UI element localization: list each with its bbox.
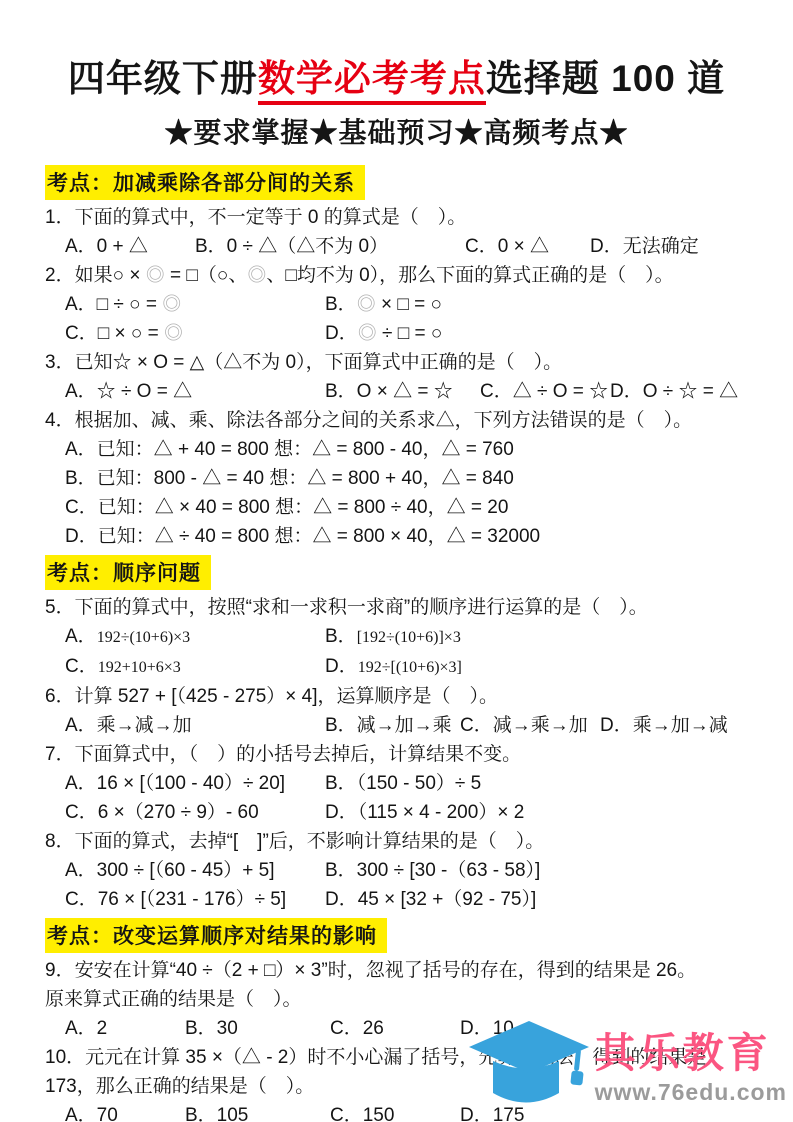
- question-6-stem: 6．计算 527 + [（425 - 275）× 4]，运算顺序是（ ）。: [45, 682, 757, 711]
- section-1-heading: 考点：加减乘除各部分间的关系: [45, 165, 365, 200]
- logo-text: 其乐教育 www.76edu.com: [595, 1031, 787, 1105]
- option: B．0 ÷ △（△不为 0）: [195, 232, 465, 261]
- option: B．◎ × □ = ○: [325, 290, 442, 319]
- option: D．已知：△ ÷ 40 = 800 想：△ = 800 × 40，△ = 320…: [65, 522, 540, 551]
- question-7-options-row-2: C．6 ×（270 ÷ 9）- 60 D．（115 × 4 - 200）× 2: [45, 798, 757, 827]
- page-subtitle: ★要求掌握★基础预习★高频考点★: [0, 111, 793, 151]
- option: D．O ÷ ☆ = △: [610, 377, 738, 406]
- logo-brand-name: 其乐教育: [595, 1031, 771, 1076]
- question-7-options-row-1: A．16 × [（100 - 40）÷ 20] B．（150 - 50）÷ 5: [45, 769, 757, 798]
- section-1: 考点：加减乘除各部分间的关系 1．下面的算式中，不一定等于 0 的算式是（ ）。…: [45, 161, 757, 551]
- option: A．已知：△ + 40 = 800 想：△ = 800 - 40，△ = 760: [65, 435, 514, 464]
- question-4-stem: 4．根据加、减、乘、除法各部分之间的关系求△，下列方法错误的是（ ）。: [45, 406, 757, 435]
- page-title: 四年级下册数学必考考点选择题 100 道: [0, 48, 793, 102]
- option: B．已知：800 - △ = 40 想：△ = 800 + 40，△ = 840: [65, 464, 514, 493]
- question-8-options-row-1: A．300 ÷ [（60 - 45）+ 5] B．300 ÷ [30 -（63 …: [45, 856, 757, 885]
- option: C．6 ×（270 ÷ 9）- 60: [65, 798, 325, 827]
- option: D．192÷[(10+6)×3]: [325, 652, 462, 682]
- option: A．16 × [（100 - 40）÷ 20]: [65, 769, 325, 798]
- option: B．[192÷(10+6)]×3: [325, 622, 461, 652]
- option: B．（150 - 50）÷ 5: [325, 769, 481, 798]
- option: C．76 × [（231 - 176）÷ 5]: [65, 885, 325, 914]
- question-7-stem: 7．下面算式中，（ ）的小括号去掉后，计算结果不变。: [45, 740, 757, 769]
- option: B．300 ÷ [30 -（63 - 58）]: [325, 856, 540, 885]
- question-2-stem: 2．如果○ × ◎ = □（○、◎、□均不为 0），那么下面的算式正确的是（ ）…: [45, 261, 757, 290]
- question-3-options: A．☆ ÷ O = △ B．O × △ = ☆ C．△ ÷ O = ☆ D．O …: [45, 377, 757, 406]
- question-8-options-row-2: C．76 × [（231 - 176）÷ 5] D．45 × [32 +（92 …: [45, 885, 757, 914]
- option-expression: 192+10+6×3: [98, 659, 181, 676]
- option: C．0 × △: [465, 232, 590, 261]
- option-expression: [192÷(10+6)]×3: [357, 629, 461, 646]
- option: C．△ ÷ O = ☆: [480, 377, 610, 406]
- option: A．300 ÷ [（60 - 45）+ 5]: [65, 856, 325, 885]
- question-5-options-row-1: A．192÷(10+6)×3 B．[192÷(10+6)]×3: [45, 622, 757, 652]
- option: D．无法确定: [590, 232, 699, 261]
- question-4-option-a: A．已知：△ + 40 = 800 想：△ = 800 - 40，△ = 760: [45, 435, 757, 464]
- option: B．105: [185, 1101, 330, 1122]
- option-label: B．: [325, 626, 357, 647]
- option: A．70: [65, 1101, 185, 1122]
- option-expression: 192÷(10+6)×3: [97, 629, 190, 646]
- question-1-options: A．0 + △ B．0 ÷ △（△不为 0） C．0 × △ D．无法确定: [45, 232, 757, 261]
- question-4-option-d: D．已知：△ ÷ 40 = 800 想：△ = 800 × 40，△ = 320…: [45, 522, 757, 551]
- section-2: 考点：顺序问题 5．下面的算式中，按照“求和一求积一求商”的顺序进行运算的是（ …: [45, 551, 757, 914]
- option: C．减→乘→加: [460, 711, 600, 740]
- question-5-stem: 5．下面的算式中，按照“求和一求积一求商”的顺序进行运算的是（ ）。: [45, 593, 757, 622]
- option: B．减→加→乘: [325, 711, 460, 740]
- questions-area: 考点：加减乘除各部分间的关系 1．下面的算式中，不一定等于 0 的算式是（ ）。…: [0, 151, 793, 1122]
- graduation-cap-icon: [467, 1019, 595, 1118]
- option: A．□ ÷ ○ = ◎: [65, 290, 325, 319]
- option: A．2: [65, 1014, 185, 1043]
- option: D．（115 × 4 - 200）× 2: [325, 798, 524, 827]
- title-highlight: 数学必考考点: [258, 58, 486, 105]
- question-4-option-b: B．已知：800 - △ = 40 想：△ = 800 + 40，△ = 840: [45, 464, 757, 493]
- option: C．192+10+6×3: [65, 652, 325, 682]
- logo-website-url: www.76edu.com: [595, 1079, 787, 1106]
- brand-logo: 其乐教育 www.76edu.com: [467, 1019, 787, 1118]
- option: D．◎ ÷ □ = ○: [325, 319, 442, 348]
- option: A．0 + △: [65, 232, 195, 261]
- question-9-stem-line-2: 原来算式正确的结果是（ ）。: [45, 985, 757, 1014]
- option: A．192÷(10+6)×3: [65, 622, 325, 652]
- question-2-options-row-1: A．□ ÷ ○ = ◎ B．◎ × □ = ○: [45, 290, 757, 319]
- option: D．45 × [32 +（92 - 75）]: [325, 885, 536, 914]
- option: C．150: [330, 1101, 460, 1122]
- option-label: A．: [65, 626, 97, 647]
- section-2-heading: 考点：顺序问题: [45, 555, 211, 590]
- question-4-option-c: C．已知：△ × 40 = 800 想：△ = 800 ÷ 40，△ = 20: [45, 493, 757, 522]
- option-label: C．: [65, 656, 98, 677]
- question-5-options-row-2: C．192+10+6×3 D．192÷[(10+6)×3]: [45, 652, 757, 682]
- option-expression: 192÷[(10+6)×3]: [358, 659, 462, 676]
- title-suffix: 选择题 100 道: [486, 58, 725, 99]
- option: A．乘→减→加: [65, 711, 325, 740]
- question-8-stem: 8．下面的算式，去掉“[ ]”后，不影响计算结果的是（ ）。: [45, 827, 757, 856]
- option: D．乘→加→减: [600, 711, 728, 740]
- option: C．□ × ○ = ◎: [65, 319, 325, 348]
- question-6-options: A．乘→减→加 B．减→加→乘 C．减→乘→加 D．乘→加→减: [45, 711, 757, 740]
- question-9-stem-line-1: 9．安安在计算“40 ÷（2 + □）× 3”时，忽视了括号的存在，得到的结果是…: [45, 956, 757, 985]
- option: A．☆ ÷ O = △: [65, 377, 325, 406]
- option-label: D．: [325, 656, 358, 677]
- question-3-stem: 3．已知☆ × O = △（△不为 0），下面算式中正确的是（ ）。: [45, 348, 757, 377]
- question-1-stem: 1．下面的算式中，不一定等于 0 的算式是（ ）。: [45, 203, 757, 232]
- option: B．30: [185, 1014, 330, 1043]
- option: C．26: [330, 1014, 460, 1043]
- option: B．O × △ = ☆: [325, 377, 480, 406]
- option: C．已知：△ × 40 = 800 想：△ = 800 ÷ 40，△ = 20: [65, 493, 508, 522]
- worksheet-page: 四年级下册数学必考考点选择题 100 道 ★要求掌握★基础预习★高频考点★ 考点…: [0, 48, 793, 1122]
- title-prefix: 四年级下册: [68, 58, 258, 99]
- question-2-options-row-2: C．□ × ○ = ◎ D．◎ ÷ □ = ○: [45, 319, 757, 348]
- section-3-heading: 考点：改变运算顺序对结果的影响: [45, 918, 387, 953]
